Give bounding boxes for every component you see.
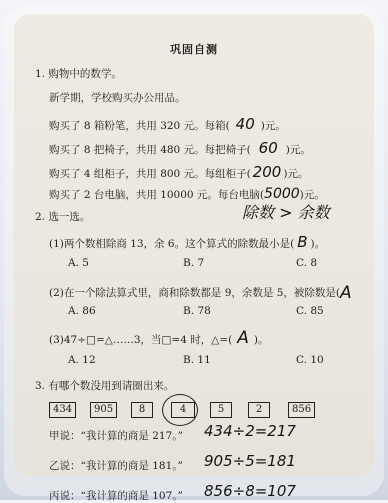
worksheet-page: 巩固自测 1. 购物中的数学。 新学期，学校购买办公用品。 购买了 8 箱粉笔，… — [14, 14, 374, 476]
q1-item-2-suffix: )元。 — [286, 144, 311, 156]
q2-sub-3-option-a: A. 12 — [68, 354, 96, 366]
q2-sub-3-option-c: C. 10 — [296, 354, 324, 366]
number-box-905: 905 — [90, 402, 117, 418]
q2-sub-1-option-a: A. 5 — [68, 257, 89, 269]
q1-item-3: 购买了 4 组柜子，共用 800 元。每组柜子(200)元。 — [49, 163, 308, 181]
statement-bing: 丙说：“我计算的商是 107。” — [49, 488, 183, 500]
q1-item-1-suffix: )元。 — [261, 120, 286, 132]
q1-intro: 新学期，学校购买办公用品。 — [49, 90, 186, 105]
q2-sub-3: (3)47÷□=△……3，当□=4 时，△=(A)。 — [49, 328, 268, 348]
q2-sub-3-option-b: B. 11 — [183, 354, 211, 366]
number-box-856: 856 — [288, 402, 315, 418]
work-jia: 434÷2=217 — [204, 422, 296, 440]
q3-heading: 3. 有哪个数没用到请圈出来。 — [35, 378, 174, 393]
work-yi: 905÷5=181 — [204, 452, 296, 470]
statement-yi: 乙说：“我计算的商是 181。” — [49, 458, 183, 473]
q1-item-4-text: 购买了 2 台电脑，共用 10000 元。每台电脑( — [49, 189, 264, 201]
page-title: 巩固自测 — [14, 41, 374, 57]
q2-sub-2-answer: A — [340, 283, 352, 303]
answer-circle — [162, 394, 198, 426]
q2-sub-2: (2)在一个除法算式里，商和除数都是 9，余数是 5，被除数是(A — [49, 281, 352, 301]
q2-handwritten-note: 除数 > 余数 — [242, 200, 330, 223]
q1-item-3-text: 购买了 4 组柜子，共用 800 元。每组柜子( — [49, 168, 251, 180]
q2-sub-3-text: (3)47÷□=△……3，当□=4 时，△=( — [49, 334, 232, 346]
q2-sub-2-option-b: B. 78 — [183, 305, 211, 317]
q2-sub-1: (1)两个数相除商 13，余 6。这个算式的除数最小是(B)。 — [49, 233, 325, 251]
q1-item-3-answer: 200 — [251, 163, 284, 181]
q2-sub-1-suffix: )。 — [310, 238, 325, 250]
q2-sub-3-answer: A — [232, 328, 254, 348]
q2-sub-2-option-c: C. 85 — [296, 305, 324, 317]
q2-heading: 2. 选一选。 — [35, 209, 90, 224]
q1-item-1-answer: 40 — [230, 115, 261, 133]
q1-heading: 1. 购物中的数学。 — [35, 66, 122, 81]
q1-item-2-text: 购买了 8 把椅子，共用 480 元。每把椅子( — [49, 144, 251, 156]
q2-sub-3-suffix: )。 — [254, 334, 269, 346]
q1-item-1: 购买了 8 箱粉笔，共用 320 元。每箱(40)元。 — [49, 115, 286, 133]
q1-item-1-text: 购买了 8 箱粉笔，共用 320 元。每箱( — [49, 120, 230, 132]
number-box-434: 434 — [49, 402, 76, 418]
q2-sub-2-text: (2)在一个除法算式里，商和除数都是 9，余数是 5，被除数是( — [49, 287, 340, 299]
q2-sub-2-option-a: A. 86 — [68, 305, 96, 317]
work-bing: 856÷8=107 — [204, 482, 296, 500]
number-box-8: 8 — [131, 402, 153, 418]
number-box-5: 5 — [210, 402, 232, 418]
q2-sub-1-answer: B — [294, 233, 310, 251]
q1-item-3-suffix: )元。 — [283, 168, 308, 180]
q1-item-2-answer: 60 — [251, 139, 286, 157]
q2-sub-1-option-b: B. 7 — [183, 257, 204, 269]
q2-sub-1-option-c: C. 8 — [296, 257, 317, 269]
q1-item-2: 购买了 8 把椅子，共用 480 元。每把椅子(60)元。 — [49, 139, 311, 157]
number-box-2: 2 — [248, 402, 270, 418]
statement-jia: 甲说：“我计算的商是 217。” — [49, 428, 183, 443]
q2-sub-1-text: (1)两个数相除商 13，余 6。这个算式的除数最小是( — [49, 238, 294, 250]
